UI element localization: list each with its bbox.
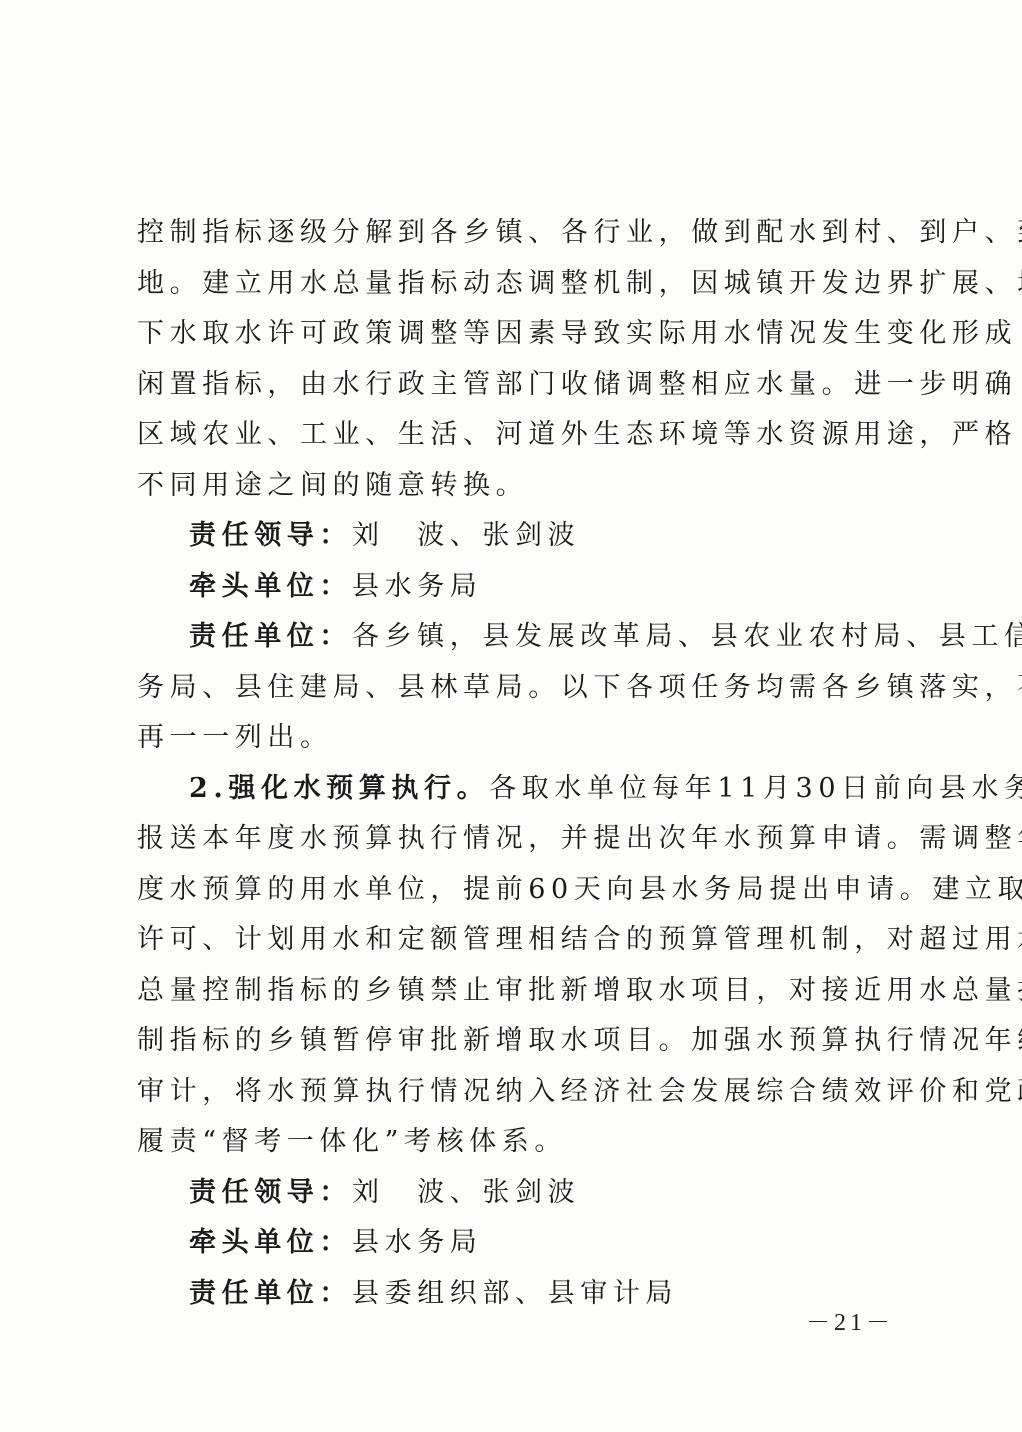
text-line: 不同用途之间的随意转换。 (137, 464, 873, 515)
responsible-leader-label: 责任领导： (189, 520, 352, 551)
text-line: 总量控制指标的乡镇禁止审批新增取水项目，对接近用水总量控 (137, 969, 873, 1020)
section-water-budget: 2.强化水预算执行。各取水单位每年11月30日前向县水务局 报送本年度水预算执行… (137, 767, 873, 1171)
responsible-leader-label: 责任领导： (189, 1177, 352, 1208)
section-heading: 2.强化水预算执行。 (189, 773, 489, 804)
text-line: 履责“督考一体化”考核体系。 (137, 1120, 873, 1171)
lead-unit-value: 县水务局 (352, 571, 482, 602)
responsible-leader-value: 刘 波、张剑波 (352, 520, 580, 551)
section-text: 各取水单位每年11月30日前向县水务局 (489, 773, 1022, 804)
text-line: 报送本年度水预算执行情况，并提出次年水预算申请。需调整年 (137, 817, 873, 868)
responsibility-block-1: 责任领导：刘 波、张剑波 牵头单位：县水务局 责任单位：各乡镇，县发展改革局、县… (137, 514, 873, 767)
paragraph-water-allocation: 控制指标逐级分解到各乡镇、各行业，做到配水到村、到户、到 地。建立用水总量指标动… (137, 211, 873, 514)
text-line: 务局、县住建局、县林草局。以下各项任务均需各乡镇落实，不 (137, 666, 873, 717)
text-line: 度水预算的用水单位，提前60天向县水务局提出申请。建立取水 (137, 868, 873, 919)
text-line: 审计，将水预算执行情况纳入经济社会发展综合绩效评价和党政 (137, 1070, 873, 1121)
text-line: 下水取水许可政策调整等因素导致实际用水情况发生变化形成 (137, 312, 873, 363)
responsible-units-value: 县委组织部、县审计局 (352, 1278, 678, 1309)
responsible-leader: 责任领导：刘 波、张剑波 (137, 1171, 873, 1222)
responsible-units-label: 责任单位： (189, 621, 352, 652)
lead-unit-value: 县水务局 (352, 1227, 482, 1258)
text-line: 地。建立用水总量指标动态调整机制，因城镇开发边界扩展、地 (137, 262, 873, 313)
lead-unit-label: 牵头单位： (189, 571, 352, 602)
text-line: 再一一列出。 (137, 716, 873, 767)
responsibility-block-2: 责任领导：刘 波、张剑波 牵头单位：县水务局 责任单位：县委组织部、县审计局 (137, 1171, 873, 1323)
lead-unit-label: 牵头单位： (189, 1227, 352, 1258)
lead-unit: 牵头单位：县水务局 (137, 565, 873, 616)
responsible-units-value: 各乡镇，县发展改革局、县农业农村局、县工信商 (352, 621, 1022, 652)
responsible-units-label: 责任单位： (189, 1278, 352, 1309)
text-line: 闲置指标，由水行政主管部门收储调整相应水量。进一步明确 (137, 363, 873, 414)
responsible-leader-value: 刘 波、张剑波 (352, 1177, 580, 1208)
lead-unit: 牵头单位：县水务局 (137, 1221, 873, 1272)
text-line: 控制指标逐级分解到各乡镇、各行业，做到配水到村、到户、到 (137, 211, 873, 262)
document-body: 控制指标逐级分解到各乡镇、各行业，做到配水到村、到户、到 地。建立用水总量指标动… (137, 211, 873, 1322)
responsible-leader: 责任领导：刘 波、张剑波 (137, 514, 873, 565)
section-first-line: 2.强化水预算执行。各取水单位每年11月30日前向县水务局 (137, 767, 873, 818)
responsible-units: 责任单位：各乡镇，县发展改革局、县农业农村局、县工信商 (137, 615, 873, 666)
text-line: 许可、计划用水和定额管理相结合的预算管理机制，对超过用水 (137, 918, 873, 969)
responsible-units: 责任单位：县委组织部、县审计局 (137, 1272, 873, 1323)
text-line: 制指标的乡镇暂停审批新增取水项目。加强水预算执行情况年终 (137, 1019, 873, 1070)
text-line: 区域农业、工业、生活、河道外生态环境等水资源用途，严格 (137, 413, 873, 464)
page-number: －21－ (806, 1302, 894, 1337)
